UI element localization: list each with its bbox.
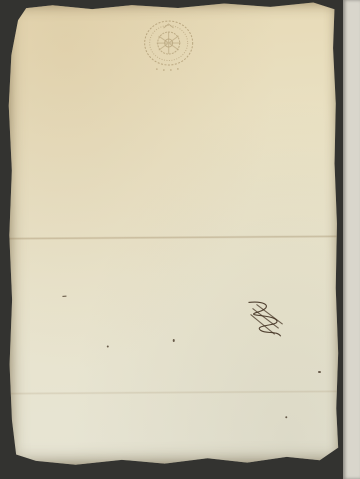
ink-speck bbox=[318, 371, 321, 373]
manuscript-text-block bbox=[59, 97, 341, 99]
date-line bbox=[62, 295, 66, 297]
archival-photo bbox=[0, 0, 360, 479]
measurement-ruler bbox=[343, 0, 360, 479]
fold-crease bbox=[8, 235, 338, 240]
fold-crease bbox=[9, 390, 339, 395]
ink-speck bbox=[107, 345, 109, 347]
paper-sheet bbox=[6, 2, 339, 466]
ink-speck bbox=[173, 339, 175, 342]
embossed-seal-icon bbox=[139, 18, 197, 74]
signature-rubric-icon bbox=[242, 298, 286, 338]
signature-line bbox=[126, 285, 296, 292]
ink-speck bbox=[285, 416, 287, 418]
